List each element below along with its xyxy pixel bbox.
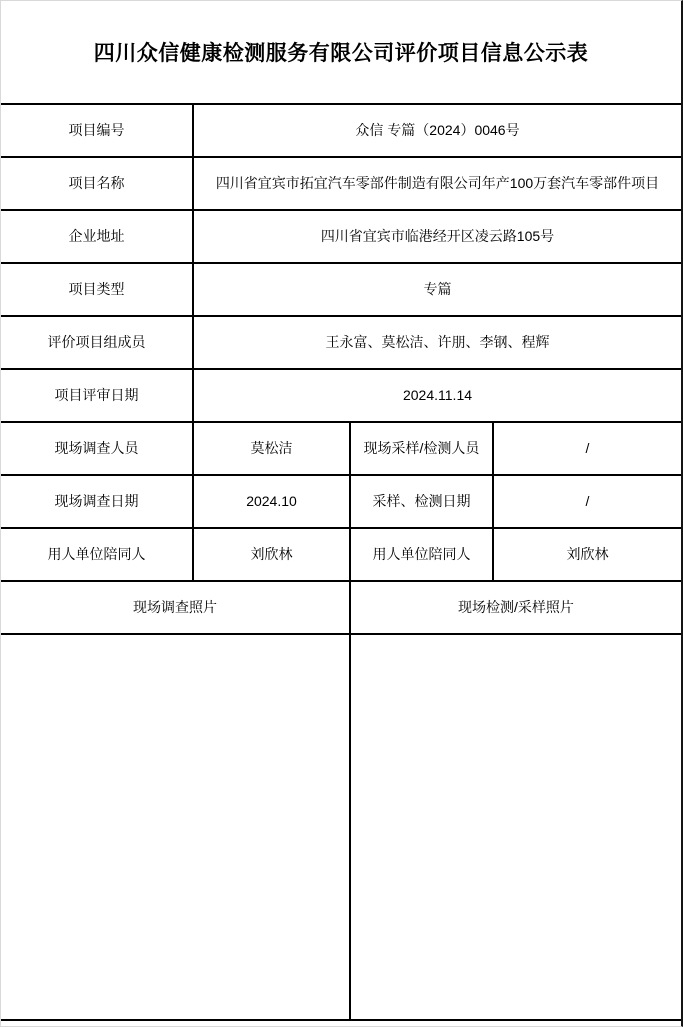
sampling-date-value: /	[493, 475, 681, 528]
survey-photos-cell	[1, 634, 350, 1020]
sampling-photos-header: 现场检测/采样照片	[350, 581, 681, 634]
page-title: 四川众信健康检测服务有限公司评价项目信息公示表	[94, 37, 589, 67]
escort-right-value: 刘欣林	[493, 528, 681, 581]
team-members-label: 评价项目组成员	[1, 316, 193, 369]
table-row: 项目类型 专篇	[1, 263, 681, 316]
team-members-value: 王永富、莫松洁、许朋、李钢、程辉	[193, 316, 681, 369]
review-date-label: 项目评审日期	[1, 369, 193, 422]
document-page: 四川众信健康检测服务有限公司评价项目信息公示表 项目编号 众信 专篇（2024）…	[0, 0, 683, 1027]
escort-right-label: 用人单位陪同人	[350, 528, 493, 581]
survey-personnel-value: 莫松洁	[193, 422, 350, 475]
project-type-value: 专篇	[193, 263, 681, 316]
project-number-value: 众信 专篇（2024）0046号	[193, 104, 681, 157]
project-name-value: 四川省宜宾市拓宜汽车零部件制造有限公司年产100万套汽车零部件项目	[193, 157, 681, 210]
table-row: 现场调查日期 2024.10 采样、检测日期 /	[1, 475, 681, 528]
sampling-date-label: 采样、检测日期	[350, 475, 493, 528]
company-address-label: 企业地址	[1, 210, 193, 263]
escort-left-label: 用人单位陪同人	[1, 528, 193, 581]
company-address-value: 四川省宜宾市临港经开区凌云路105号	[193, 210, 681, 263]
table-row: 用人单位陪同人 刘欣林 用人单位陪同人 刘欣林	[1, 528, 681, 581]
review-date-value: 2024.11.14	[193, 369, 681, 422]
survey-personnel-label: 现场调查人员	[1, 422, 193, 475]
project-name-label: 项目名称	[1, 157, 193, 210]
title-block: 四川众信健康检测服务有限公司评价项目信息公示表	[1, 1, 681, 103]
escort-left-value: 刘欣林	[193, 528, 350, 581]
photo-row	[1, 634, 681, 1020]
table-row: 项目名称 四川省宜宾市拓宜汽车零部件制造有限公司年产100万套汽车零部件项目	[1, 157, 681, 210]
table-row: 现场调查人员 莫松洁 现场采样/检测人员 /	[1, 422, 681, 475]
sampling-photos-cell	[350, 634, 681, 1020]
sampling-personnel-value: /	[493, 422, 681, 475]
table-row: 企业地址 四川省宜宾市临港经开区凌云路105号	[1, 210, 681, 263]
info-table: 项目编号 众信 专篇（2024）0046号 项目名称 四川省宜宾市拓宜汽车零部件…	[1, 103, 681, 1021]
survey-date-value: 2024.10	[193, 475, 350, 528]
table-row: 项目评审日期 2024.11.14	[1, 369, 681, 422]
survey-photos-header: 现场调查照片	[1, 581, 350, 634]
table-row: 项目编号 众信 专篇（2024）0046号	[1, 104, 681, 157]
project-number-label: 项目编号	[1, 104, 193, 157]
table-row: 现场调查照片 现场检测/采样照片	[1, 581, 681, 634]
survey-date-label: 现场调查日期	[1, 475, 193, 528]
table-row: 评价项目组成员 王永富、莫松洁、许朋、李钢、程辉	[1, 316, 681, 369]
sampling-personnel-label: 现场采样/检测人员	[350, 422, 493, 475]
project-type-label: 项目类型	[1, 263, 193, 316]
